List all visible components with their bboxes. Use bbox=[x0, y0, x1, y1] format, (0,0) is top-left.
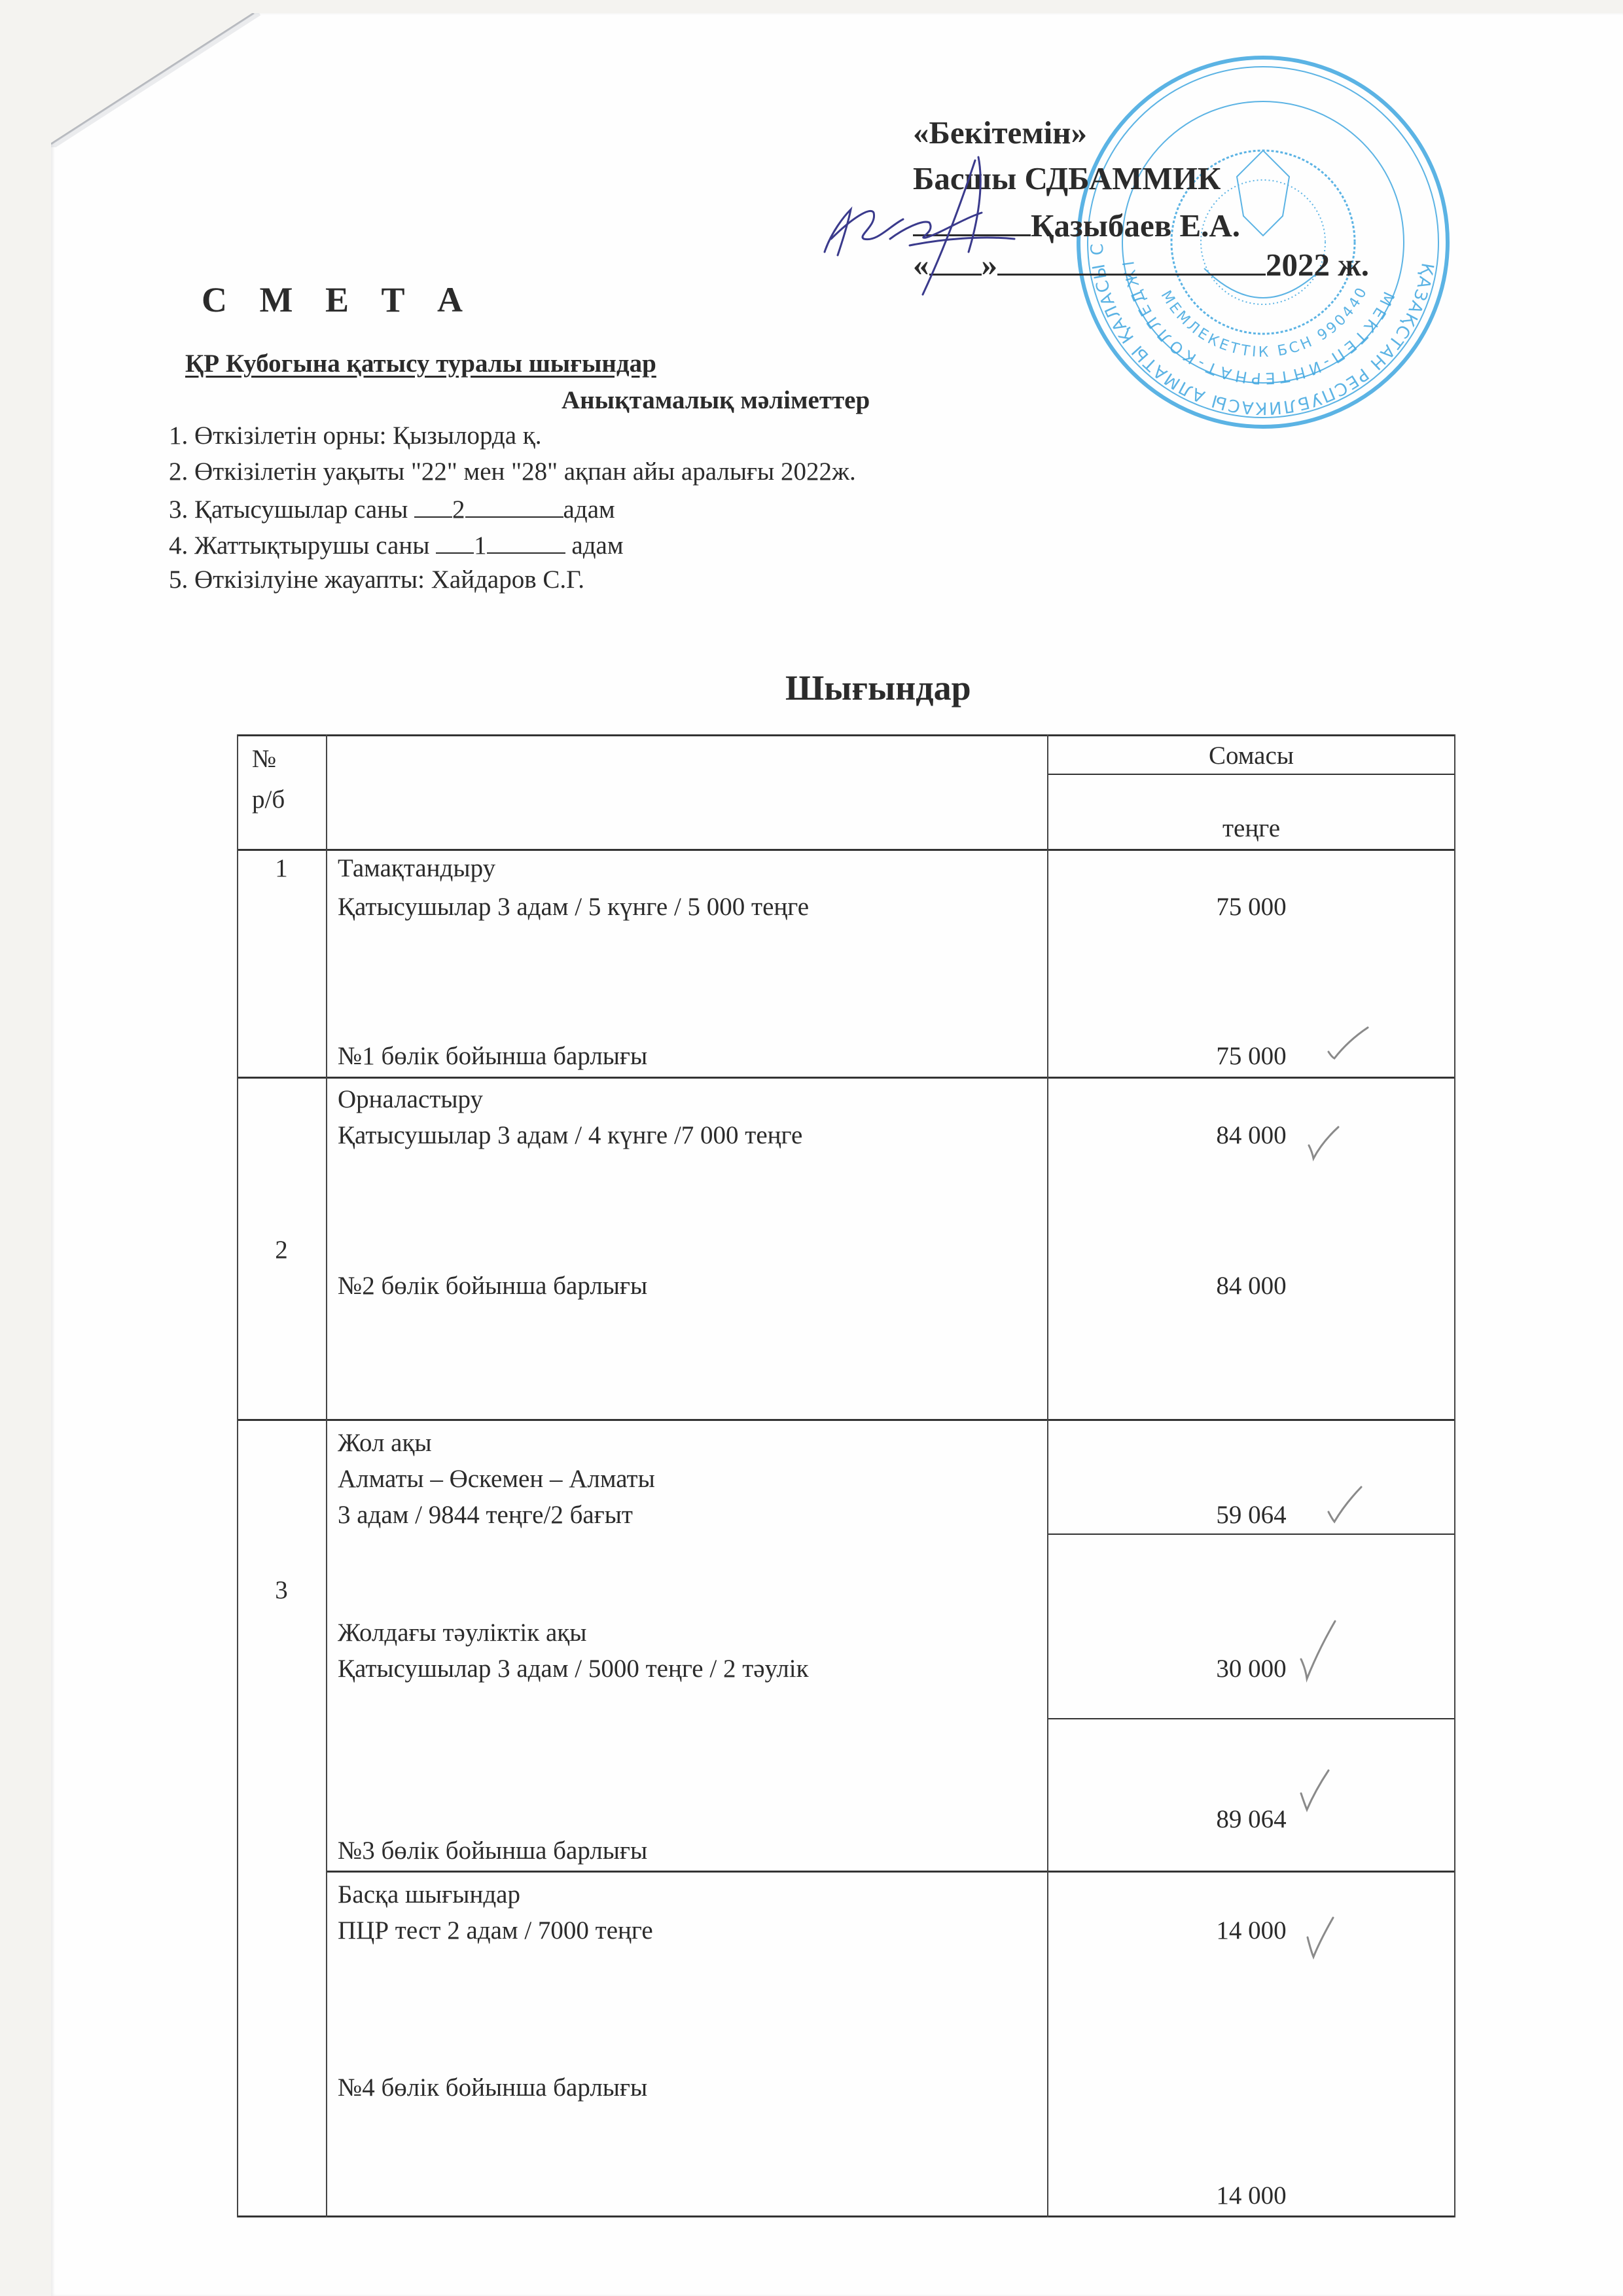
section-3-line-1-amount: 59 064 bbox=[1047, 1502, 1455, 1528]
section-3-line-2-amount: 30 000 bbox=[1047, 1656, 1455, 1681]
section-1-title: Тамақтандыру bbox=[338, 855, 495, 881]
approved-label: «Бекітемін» bbox=[913, 117, 1087, 149]
approver-position: Басшы СДБАММИК bbox=[913, 162, 1221, 194]
approval-year: 2022 ж. bbox=[1266, 247, 1369, 283]
date-day-blank bbox=[929, 243, 982, 276]
info-coaches: 4. Жаттықтырушы саны 1 адам bbox=[169, 529, 624, 560]
header-number-symbol: № bbox=[252, 746, 276, 772]
section-3-line-1b: 3 адам / 9844 теңге/2 бағыт bbox=[338, 1502, 633, 1528]
date-month-blank bbox=[997, 243, 1266, 276]
section-1-subtotal: 75 000 bbox=[1047, 1043, 1455, 1069]
section-4-subtotal-label: №4 бөлік бойынша барлығы bbox=[338, 2075, 647, 2100]
section-3-subtotal-label: №3 бөлік бойынша барлығы bbox=[338, 1838, 647, 1863]
approval-date-line: «»2022 ж. bbox=[913, 243, 1369, 281]
section-3-line-1: Алматы – Өскемен – Алматы bbox=[338, 1466, 655, 1492]
section-3-title: Жол ақы bbox=[338, 1430, 432, 1456]
section-4-line-1: ПЦР тест 2 адам / 7000 теңге bbox=[338, 1918, 653, 1943]
section-4-line-1-amount: 14 000 bbox=[1047, 1918, 1455, 1943]
section-2-title: Орналастыру bbox=[338, 1086, 483, 1112]
section-3-line-2-title: Жолдағы тәуліктік ақы bbox=[338, 1620, 586, 1645]
info-participants: 3. Қатысушылар саны 2адам bbox=[169, 493, 615, 524]
section-2-number: 2 bbox=[237, 1237, 326, 1263]
section-1-line-1: Қатысушылар 3 адам / 5 күнге / 5 000 тең… bbox=[338, 894, 809, 920]
signature-blank bbox=[913, 204, 1031, 236]
participants-count: 2 bbox=[452, 495, 465, 524]
section-2-subtotal: 84 000 bbox=[1047, 1273, 1455, 1299]
section-1-line-1-amount: 75 000 bbox=[1047, 894, 1455, 920]
section-1-number: 1 bbox=[237, 855, 326, 881]
coaches-count: 1 bbox=[474, 531, 487, 560]
section-3-subtotal: 89 064 bbox=[1047, 1806, 1455, 1832]
header-number-abbr: р/б bbox=[252, 787, 285, 812]
info-responsible: 5. Өткізілуіне жауапты: Хайдаров С.Г. bbox=[169, 565, 584, 594]
section-4-title: Басқа шығындар bbox=[338, 1882, 520, 1907]
reference-heading: Анықтамалық мәліметтер bbox=[562, 386, 870, 415]
approver-name: Қазыбаев Е.А. bbox=[1031, 207, 1240, 243]
info-dates: 2. Өткізілетін уақыты "22" мен "28" ақпа… bbox=[169, 457, 856, 486]
approver-name-line: Қазыбаев Е.А. bbox=[913, 204, 1240, 242]
section-2-subtotal-label: №2 бөлік бойынша барлығы bbox=[338, 1273, 647, 1299]
section-1-subtotal-label: №1 бөлік бойынша барлығы bbox=[338, 1043, 647, 1069]
header-currency: теңге bbox=[1047, 816, 1455, 841]
document-subtitle: ҚР Кубогына қатысу туралы шығындар bbox=[185, 349, 656, 378]
section-2-line-1: Қатысушылар 3 адам / 4 күнге /7 000 теңг… bbox=[338, 1122, 802, 1148]
expenses-heading: Шығындар bbox=[785, 668, 971, 708]
document-title: С М Е Т А bbox=[202, 279, 474, 320]
header-amount: Сомасы bbox=[1047, 743, 1455, 768]
section-4-subtotal: 14 000 bbox=[1047, 2183, 1455, 2208]
section-2-line-1-amount: 84 000 bbox=[1047, 1122, 1455, 1148]
info-location: 1. Өткізілетін орны: Қызылорда қ. bbox=[169, 421, 542, 450]
section-3-number: 3 bbox=[237, 1577, 326, 1603]
section-3-line-2: Қатысушылар 3 адам / 5000 теңге / 2 тәул… bbox=[338, 1656, 809, 1681]
